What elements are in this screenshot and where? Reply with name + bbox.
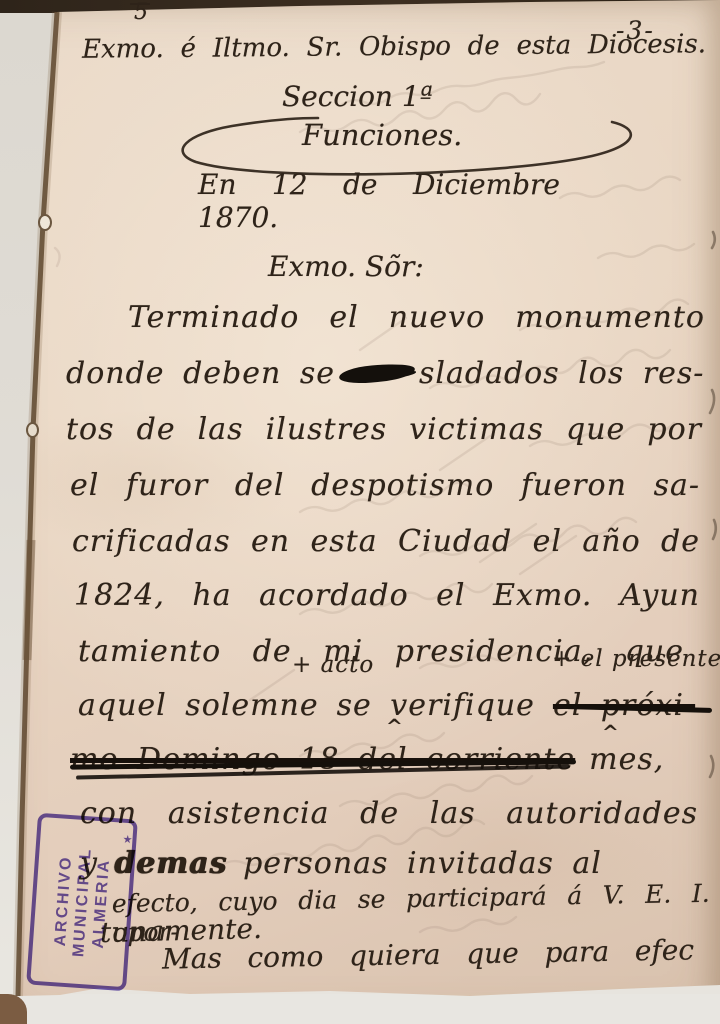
body-line-2-text-b: sladados los res- xyxy=(419,356,704,391)
binding-stitch-hole xyxy=(26,422,39,438)
body-line-11-text-b: personas invitadas al xyxy=(243,846,602,881)
body-line-5: crificadas en esta Ciudad el año de xyxy=(72,524,700,559)
insertion-caret: ^ xyxy=(602,720,619,744)
ink-blot xyxy=(338,362,415,386)
top-margin-mark: 5 xyxy=(134,0,148,25)
body-line-3: tos de las ilustres victimas que por xyxy=(66,412,702,447)
body-line-10: con asistencia de las autoridades xyxy=(80,796,698,831)
body-line-1: Terminado el nuevo monumento xyxy=(128,300,705,335)
body-line-2: donde deben se sladados los res- xyxy=(66,356,708,391)
body-line-2-text-a: donde deben se xyxy=(66,356,335,391)
addressee-line: Exmo. é Iltmo. Sr. Obispo de esta Dioces… xyxy=(82,29,706,64)
top-margin-mark-bar xyxy=(130,3,150,5)
date-line: En 12 de Diciembre 1870. xyxy=(198,168,560,234)
salutation: Exmo. Sõr: xyxy=(268,250,424,283)
body-line-4: el furor del despotismo fueron sa- xyxy=(70,468,700,503)
stamp-star-icon: ★ xyxy=(122,833,133,847)
section-line: Seccion 1ª xyxy=(282,80,433,113)
body-line-6: 1824, ha acordado el Exmo. Ayun xyxy=(74,578,700,613)
scanner-background-bottom xyxy=(0,994,720,1024)
body-line-11: y demas personas invitadas al xyxy=(80,846,602,881)
binding-stitch-hole xyxy=(38,214,52,231)
interline-insertion-el-presente: + el presente xyxy=(552,646,720,672)
archive-stamp-text: ARCHIVO MUNICIPAL ALMERIA xyxy=(30,817,133,987)
archive-stamp: ARCHIVO MUNICIPAL ALMERIA ★ xyxy=(26,813,138,992)
body-line-8-text-a: aquel solemne xyxy=(78,688,319,723)
category-line: Funciones. xyxy=(302,118,462,152)
interline-insertion-acto: + acto xyxy=(292,652,374,678)
manuscript-scan: 5 -3- Exmo. é Iltmo. Sr. Obispo de esta … xyxy=(0,0,720,1024)
insertion-caret: ^ xyxy=(386,714,403,738)
body-line-8-text-b: se verifique xyxy=(337,688,535,723)
body-line-9-text-b: mes, xyxy=(589,742,664,777)
